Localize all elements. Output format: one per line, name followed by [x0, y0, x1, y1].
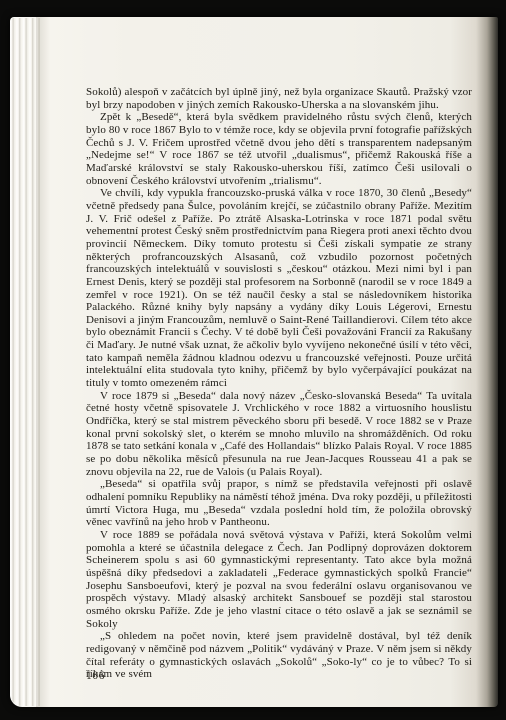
book-page-edge-shadow: [36, 17, 50, 707]
body-paragraph: „Beseda“ si opatřila svůj prapor, s nímž…: [86, 478, 472, 529]
body-paragraph: Zpět k „Besedě“, která byla svědkem prav…: [86, 111, 472, 187]
page-number: 106: [86, 670, 105, 682]
scanner-background: Sokolů) alespoň v začátcích byl úplně ji…: [0, 0, 506, 720]
body-paragraph: „S ohledem na počet novin, které jsem pr…: [86, 630, 472, 681]
page-text-block: Sokolů) alespoň v začátcích byl úplně ji…: [86, 86, 472, 681]
body-paragraph: Sokolů) alespoň v začátcích byl úplně ji…: [86, 86, 472, 111]
body-paragraph: Ve chvíli, kdy vypukla francouzsko-prusk…: [86, 187, 472, 390]
body-paragraph: V roce 1879 si „Beseda“ dala nový název …: [86, 390, 472, 479]
body-paragraph: V roce 1889 se pořádala nová světová výs…: [86, 529, 472, 630]
book-page: Sokolů) alespoň v začátcích byl úplně ji…: [10, 17, 498, 707]
